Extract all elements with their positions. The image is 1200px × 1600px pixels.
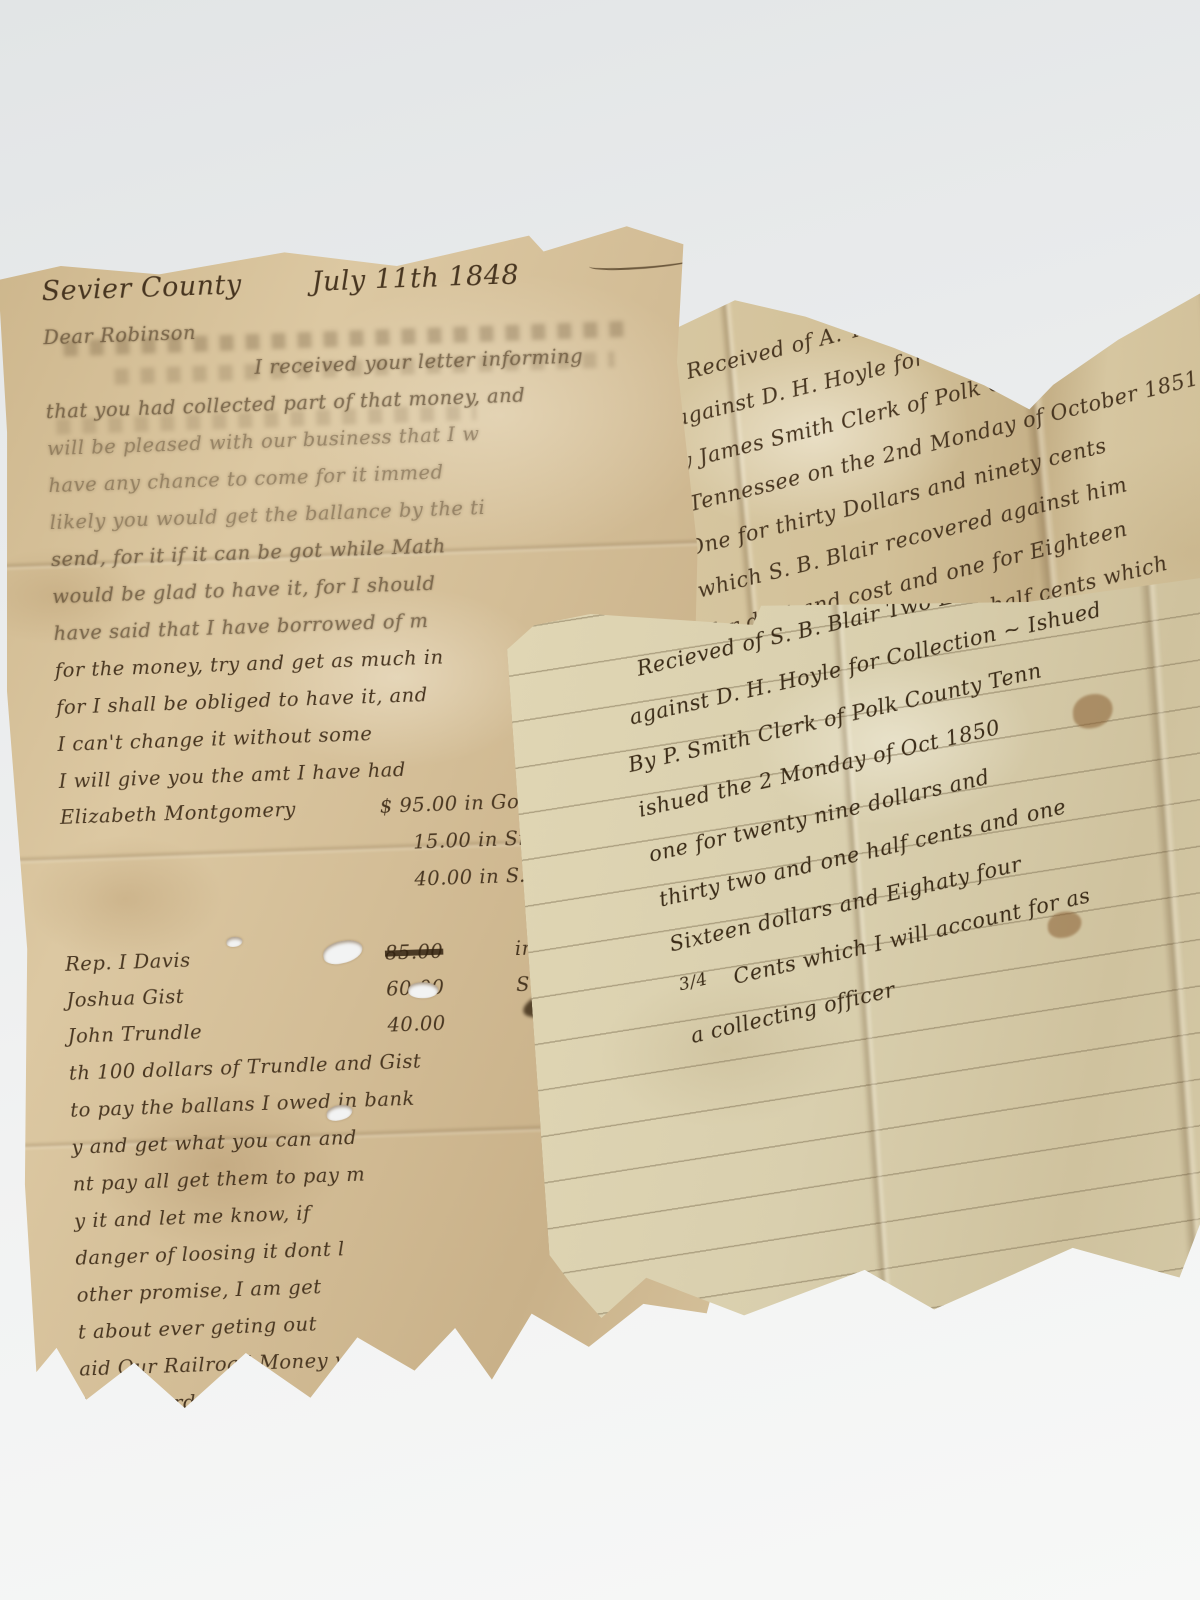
pen-flourish (588, 249, 709, 271)
ledger-amount: 40.00 (387, 1003, 518, 1044)
ledger-amount: $ 95.00 in Gold (379, 783, 539, 825)
letter-date: July 11th 1848 (311, 249, 520, 310)
photo-scene: Received of A. T. Blair two Executions a… (0, 0, 1200, 1600)
ledger-amount: 60.00 (386, 967, 517, 1008)
letter-place: Sevier County (41, 258, 243, 319)
last-line-right: bout it lately (273, 1372, 527, 1418)
ledger-amount-struck: 85.00 (384, 931, 515, 972)
document-receipt-1850: Recieved of S. B. Blair Two Executions a… (505, 554, 1200, 1358)
last-line-left: have heard no talk (80, 1381, 275, 1425)
